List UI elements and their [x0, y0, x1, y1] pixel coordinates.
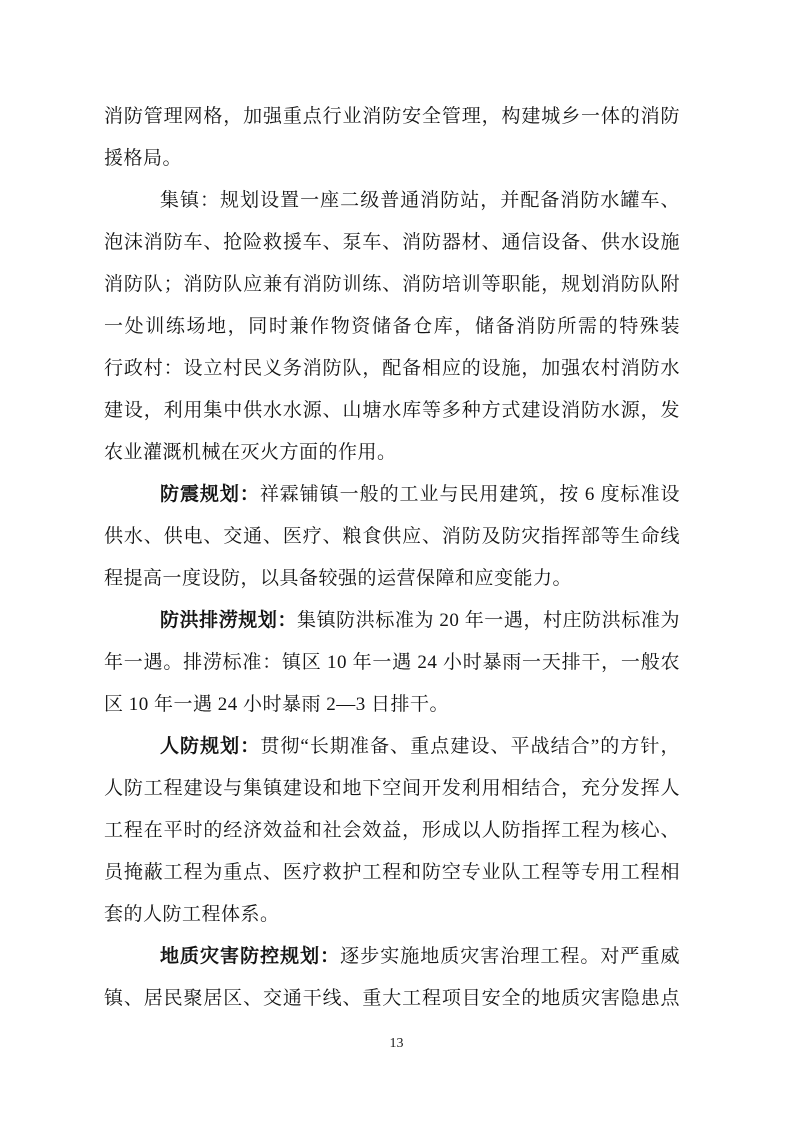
text-line: 套的人防工程体系。	[104, 894, 680, 936]
line-text: 泡沫消防车、抢险救援车、泵车、消防器材、通信设备、供水设施和	[104, 232, 680, 264]
text-line: 一处训练场地，同时兼作物资储备仓库，储备消防所需的特殊装备。	[104, 306, 680, 348]
text-line: 援格局。	[104, 138, 680, 180]
line-text: 行政村：设立村民义务消防队，配备相应的设施，加强农村消防水源	[104, 358, 680, 390]
text-line: 区 10 年一遇 24 小时暴雨 2—3 日排干。	[104, 684, 680, 726]
text-line: 程提高一度设防，以具备较强的运营保障和应变能力。	[104, 558, 680, 600]
line-text: 消防队；消防队应兼有消防训练、消防培训等职能，规划消防队附设	[104, 274, 680, 306]
text-line: 集镇：规划设置一座二级普通消防站，并配备消防水罐车、干粉	[104, 180, 680, 222]
line-text: 援格局。	[104, 148, 182, 169]
line-text: 集镇：规划设置一座二级普通消防站，并配备消防水罐车、干粉	[104, 190, 680, 222]
text-line: 工程在平时的经济效益和社会效益，形成以人防指挥工程为核心、人	[104, 810, 680, 852]
line-text: 人防工程建设与集镇建设和地下空间开发利用相结合，充分发挥人防	[104, 778, 680, 810]
text-line: 防震规划：祥霖铺镇一般的工业与民用建筑，按 6 度标准设防；	[104, 474, 680, 516]
text-line: 供水、供电、交通、医疗、粮食供应、消防及防灾指挥部等生命线工	[104, 516, 680, 558]
line-text: 建设，利用集中供水水源、山塘水库等多种方式建设消防水源，发挥	[104, 400, 680, 432]
text-body: 消防管理网格，加强重点行业消防安全管理，构建城乡一体的消防救援格局。集镇：规划设…	[104, 96, 680, 1020]
document-page: 消防管理网格，加强重点行业消防安全管理，构建城乡一体的消防救援格局。集镇：规划设…	[0, 0, 793, 1122]
text-line: 年一遇。排涝标准：镇区 10 年一遇 24 小时暴雨一天排干，一般农田	[104, 642, 680, 684]
line-text: 镇、居民聚居区、交通干线、重大工程项目安全的地质灾害隐患点有	[104, 988, 680, 1020]
line-text: 一处训练场地，同时兼作物资储备仓库，储备消防所需的特殊装备。	[104, 316, 680, 348]
line-text: 套的人防工程体系。	[104, 904, 280, 925]
text-line: 防洪排涝规划：集镇防洪标准为 20 年一遇，村庄防洪标准为 10	[104, 600, 680, 642]
text-line: 人防工程建设与集镇建设和地下空间开发利用相结合，充分发挥人防	[104, 768, 680, 810]
paragraph-lead-bold: 防洪排涝规划：	[160, 610, 297, 631]
text-line: 农业灌溉机械在灭火方面的作用。	[104, 432, 680, 474]
line-text: 农业灌溉机械在灭火方面的作用。	[104, 442, 397, 463]
text-line: 建设，利用集中供水水源、山塘水库等多种方式建设消防水源，发挥	[104, 390, 680, 432]
paragraph-lead-bold: 人防规划：	[160, 736, 260, 757]
paragraph-lead-bold: 防震规划：	[160, 484, 260, 505]
line-text: 程提高一度设防，以具备较强的运营保障和应变能力。	[104, 568, 572, 589]
line-text: 工程在平时的经济效益和社会效益，形成以人防指挥工程为核心、人	[104, 820, 680, 852]
text-line: 员掩蔽工程为重点、医疗救护工程和防空专业队工程等专用工程相配	[104, 852, 680, 894]
text-line: 人防规划：贯彻“长期准备、重点建设、平战结合”的方针，将	[104, 726, 680, 768]
line-text: 供水、供电、交通、医疗、粮食供应、消防及防灾指挥部等生命线工	[104, 526, 680, 558]
line-text: 区 10 年一遇 24 小时暴雨 2—3 日排干。	[104, 694, 449, 715]
paragraph-lead-bold: 地质灾害防控规划：	[160, 946, 340, 967]
line-text: 员掩蔽工程为重点、医疗救护工程和防空专业队工程等专用工程相配	[104, 862, 680, 894]
text-line: 镇、居民聚居区、交通干线、重大工程项目安全的地质灾害隐患点有	[104, 978, 680, 1020]
line-text: 消防管理网格，加强重点行业消防安全管理，构建城乡一体的消防救	[104, 106, 680, 138]
text-line: 泡沫消防车、抢险救援车、泵车、消防器材、通信设备、供水设施和	[104, 222, 680, 264]
line-text: 年一遇。排涝标准：镇区 10 年一遇 24 小时暴雨一天排干，一般农田	[104, 652, 680, 684]
text-line: 消防管理网格，加强重点行业消防安全管理，构建城乡一体的消防救	[104, 96, 680, 138]
text-line: 行政村：设立村民义务消防队，配备相应的设施，加强农村消防水源	[104, 348, 680, 390]
text-line: 地质灾害防控规划：逐步实施地质灾害治理工程。对严重威胁集	[104, 936, 680, 978]
text-line: 消防队；消防队应兼有消防训练、消防培训等职能，规划消防队附设	[104, 264, 680, 306]
page-number: 13	[0, 1036, 793, 1052]
